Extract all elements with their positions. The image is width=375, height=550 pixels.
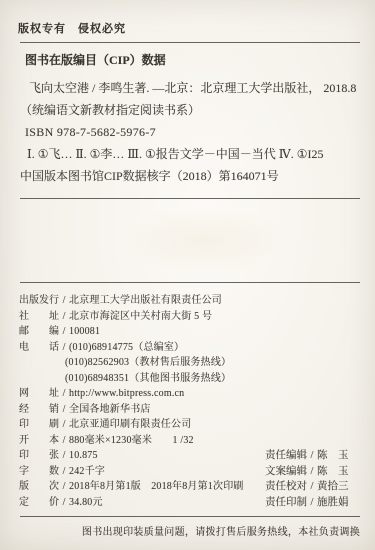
staff-row-proofreader: 责任校对/黄拾三 — [265, 479, 349, 495]
field-value: 全国各地新华书店 — [69, 404, 151, 415]
colophon-row-phone-2: (010)82562903（教材售后服务热线） — [19, 355, 269, 371]
copyright-page: 版权专有 侵权必究 图书在版编目（CIP）数据 飞向太空港 / 李鸣生著. —北… — [0, 0, 375, 550]
divider-rule-bottom — [20, 516, 360, 517]
field-value: 黄拾三 — [317, 481, 349, 492]
field-value: 北京理工大学出版社有限责任公司 — [69, 295, 222, 306]
field-value: 2018年8月第1版 2018年8月第1次印刷 — [69, 481, 244, 492]
colophon-row-edition: 版 次/2018年8月第1版 2018年8月第1次印刷 — [19, 479, 269, 495]
field-label: 经 销 — [19, 402, 59, 418]
field-separator: / — [307, 448, 317, 464]
field-value: 34.80元 — [69, 497, 103, 508]
cip-isbn-line: ISBN 978-7-5682-5976-7 — [20, 121, 368, 143]
colophon-row-publisher: 出版发行/北京理工大学出版社有限责任公司 — [19, 293, 269, 309]
field-label: 印 张 — [19, 448, 59, 464]
field-separator: / — [59, 324, 69, 340]
field-label: 社 址 — [19, 309, 59, 325]
field-separator: / — [307, 479, 317, 495]
colophon-row-price: 定 价/34.80元 — [19, 495, 269, 511]
cip-data-block: 飞向太空港 / 李鸣生著. —北京：北京理工大学出版社， 2018.8 （统编语… — [20, 77, 368, 187]
cip-record-number-line: 中国版本图书馆CIP数据核字（2018）第164071号 — [20, 165, 368, 187]
field-separator: / — [307, 464, 317, 480]
cip-header: 图书在版编目（CIP）数据 — [25, 51, 166, 68]
field-separator: / — [59, 386, 69, 402]
field-separator: / — [307, 495, 317, 511]
colophon-row-address: 社 址/北京市海淀区中关村南大街 5 号 — [19, 309, 269, 325]
field-value: 陈 玉 — [317, 466, 349, 477]
field-value: 陈 玉 — [317, 450, 349, 461]
field-label: 网 址 — [19, 386, 59, 402]
field-label: 出版发行 — [19, 293, 59, 309]
field-value: 100081 — [69, 326, 100, 337]
field-label: 责任编辑 — [265, 450, 307, 461]
cip-series-line: （统编语文新教材指定阅读书系） — [20, 99, 368, 121]
staff-block: 责任编辑/陈 玉 文案编辑/陈 玉 责任校对/黄拾三 责任印制/施胜娟 — [265, 448, 349, 510]
colophon-row-phone-3: (010)68948351（其他图书服务热线） — [19, 371, 269, 387]
field-separator: / — [59, 448, 69, 464]
colophon-row-website: 网 址/http://www.bitpress.com.cn — [19, 386, 269, 402]
staff-row-executive-editor: 责任编辑/陈 玉 — [265, 448, 349, 464]
colophon-row-format: 开 本/880毫米×1230毫米 1 /32 — [19, 433, 269, 449]
staff-row-print-supervisor: 责任印制/施胜娟 — [265, 495, 349, 511]
field-label: 文案编辑 — [265, 466, 307, 477]
field-label: 责任印制 — [265, 497, 307, 508]
divider-rule-middle-lower — [20, 282, 360, 283]
field-label: 邮 编 — [19, 324, 59, 340]
colophon-row-word-count: 字 数/242千字 — [19, 464, 269, 480]
field-separator: / — [59, 417, 69, 433]
field-label: 字 数 — [19, 464, 59, 480]
divider-rule-middle-upper — [20, 198, 360, 199]
field-value: 施胜娟 — [317, 497, 349, 508]
copyright-reserved-notice: 版权专有 侵权必究 — [18, 20, 126, 36]
field-value: (010)82562903（教材售后服务热线） — [65, 357, 231, 368]
field-separator: / — [59, 309, 69, 325]
colophon-row-phone: 电 话/(010)68914775（总编室） — [19, 340, 269, 356]
field-label: 电 话 — [19, 340, 59, 356]
colophon-row-postcode: 邮 编/100081 — [19, 324, 269, 340]
field-value: 242千字 — [69, 466, 105, 477]
cip-classification-line: Ⅰ. ①飞… Ⅱ. ①李… Ⅲ. ①报告文学－中国－当代 Ⅳ. ①I25 — [20, 143, 368, 165]
colophon-row-distribution: 经 销/全国各地新华书店 — [19, 402, 269, 418]
field-separator: / — [59, 340, 69, 356]
field-label: 责任校对 — [265, 481, 307, 492]
field-label: 定 价 — [19, 495, 59, 511]
field-separator: / — [59, 402, 69, 418]
field-separator: / — [59, 293, 69, 309]
quality-exchange-notice: 图书出现印装质量问题，请拨打售后服务热线，本社负责调换 — [82, 523, 360, 538]
staff-row-copy-editor: 文案编辑/陈 玉 — [265, 464, 349, 480]
colophon-block: 出版发行/北京理工大学出版社有限责任公司 社 址/北京市海淀区中关村南大街 5 … — [19, 293, 269, 510]
field-value: 880毫米×1230毫米 1 /32 — [69, 435, 194, 446]
field-value: 10.875 — [69, 450, 98, 461]
field-value: 北京亚通印刷有限责任公司 — [69, 419, 191, 430]
field-label: 印 刷 — [19, 417, 59, 433]
field-value: http://www.bitpress.com.cn — [69, 388, 184, 399]
colophon-row-printing: 印 刷/北京亚通印刷有限责任公司 — [19, 417, 269, 433]
field-separator: / — [59, 479, 69, 495]
field-value: 北京市海淀区中关村南大街 5 号 — [69, 311, 212, 322]
field-separator: / — [59, 433, 69, 449]
field-label: 开 本 — [19, 433, 59, 449]
field-separator: / — [59, 495, 69, 511]
field-value: (010)68948351（其他图书服务热线） — [65, 373, 231, 384]
cip-title-author-line: 飞向太空港 / 李鸣生著. —北京：北京理工大学出版社， 2018.8 — [20, 77, 368, 99]
colophon-row-sheets: 印 张/10.875 — [19, 448, 269, 464]
field-value: (010)68914775（总编室） — [69, 342, 184, 353]
field-label: 版 次 — [19, 479, 59, 495]
scan-smudge — [120, 205, 290, 275]
field-separator: / — [59, 464, 69, 480]
divider-rule-top — [20, 42, 360, 43]
